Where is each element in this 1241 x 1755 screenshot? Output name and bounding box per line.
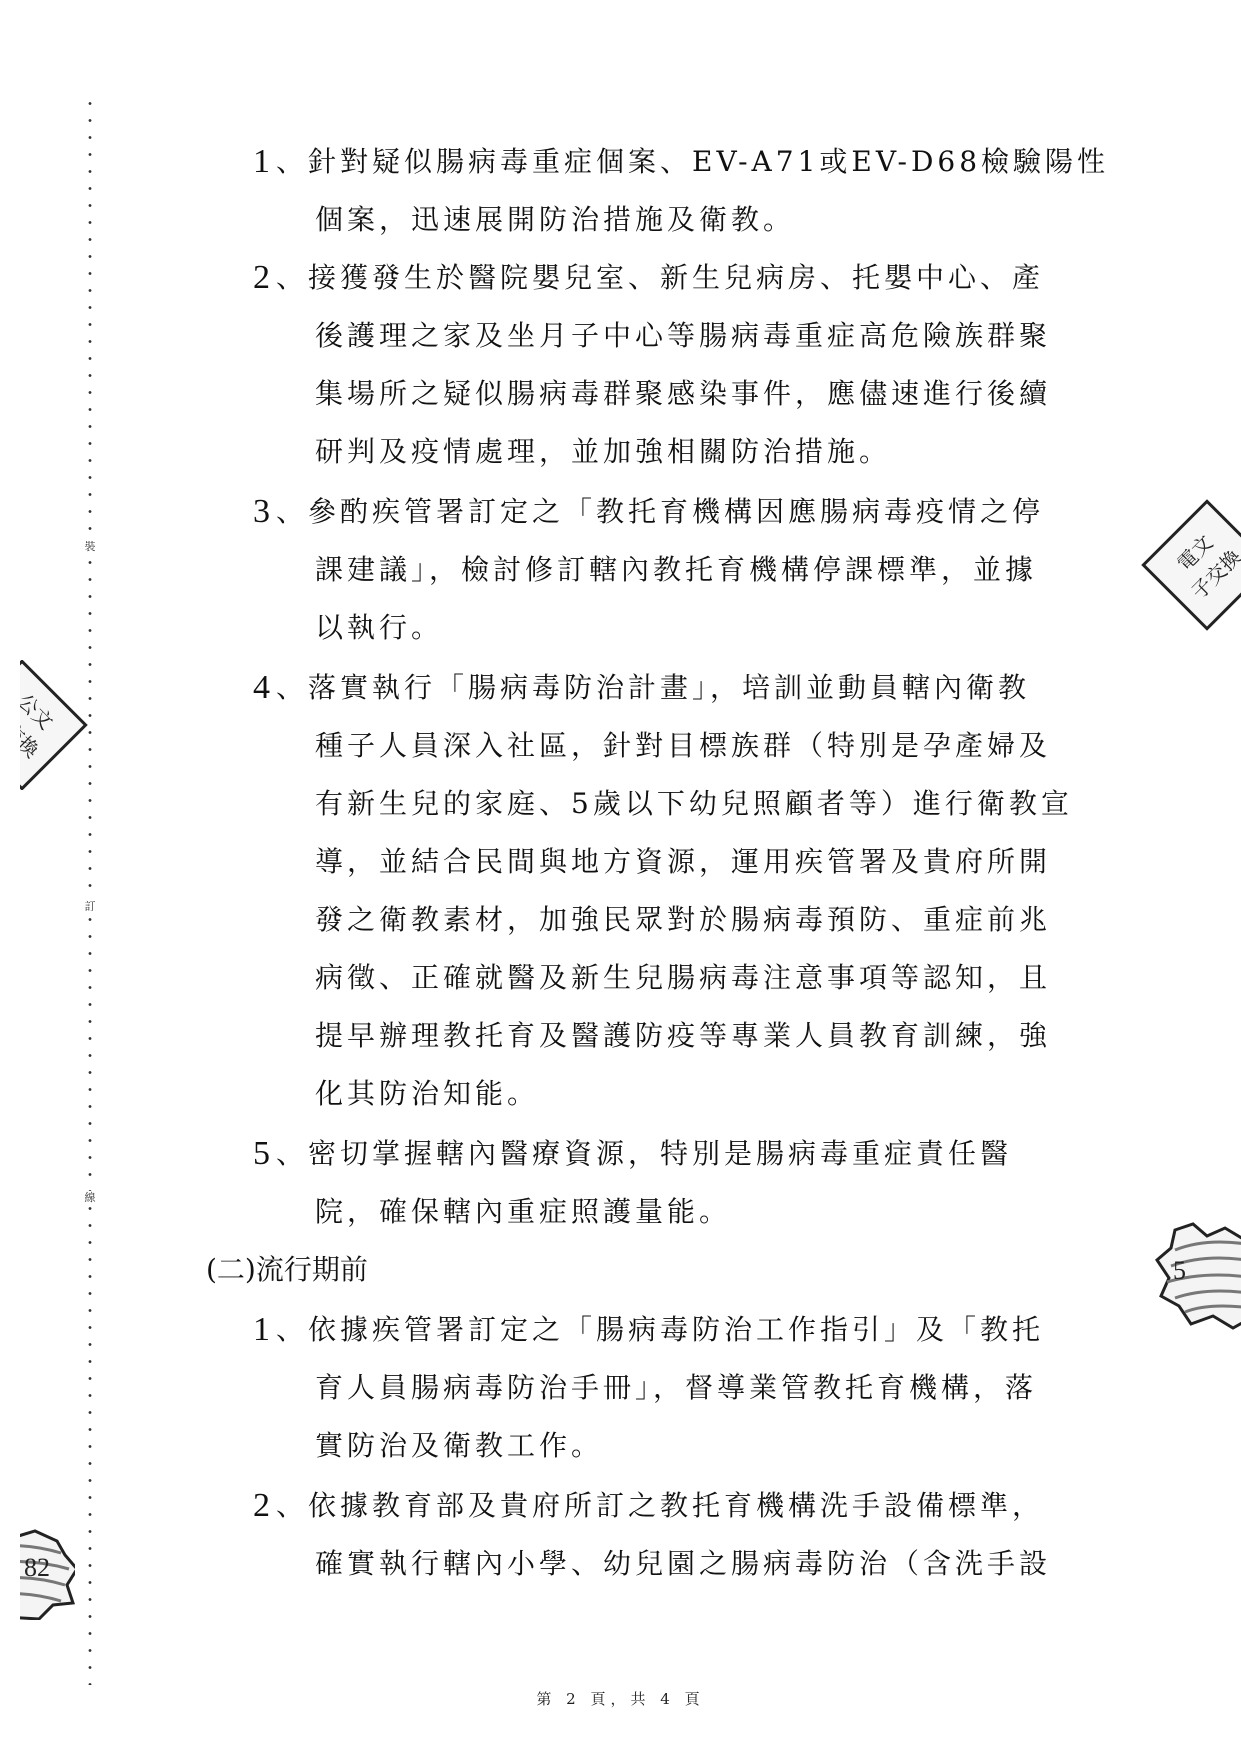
item-text-line: 、依據疾管署訂定之「腸病毒防治工作指引」及「教托 [276,1310,1044,1350]
item-number: 3 [253,492,270,532]
item-number: 4 [253,668,270,708]
item-text-line: 院，確保轄內重症照護量能。 [315,1192,731,1232]
item-text-line: 、落實執行「腸病毒防治計畫」，培訓並動員轄內衛教 [276,668,1030,708]
item-text-line: 、參酌疾管署訂定之「教托育機構因應腸病毒疫情之停 [276,492,1044,532]
item-text-line: 後護理之家及坐月子中心等腸病毒重症高危險族群聚 [315,316,1051,356]
item-text-line: 育人員腸病毒防治手冊」，督導業管教托育機構，落 [315,1368,1037,1408]
binding-dotted-line [88,95,92,1685]
seal-stamp-icon: 公文 子交換 [20,660,90,790]
item-text-line: 課建議」，檢討修訂轄內教托育機構停課標準，並據 [315,550,1037,590]
item-text-line: 實防治及衛教工作。 [315,1426,603,1466]
item-text-line: 確實執行轄內小學、幼兒園之腸病毒防治（含洗手設 [315,1544,1051,1584]
seal-stamp-icon: 電文 子交換 [1132,490,1241,640]
page-badge-icon: 82 [20,1525,75,1620]
item-text-line: 、依據教育部及貴府所訂之教托育機構洗手設備標準， [276,1486,1044,1526]
item-text-line: 提早辦理教托育及醫護防疫等專業人員教育訓練，強 [315,1016,1051,1056]
binding-label-ding: 訂 [82,900,98,914]
item-text-line: 病徵、正確就醫及新生兒腸病毒注意事項等認知，且 [315,958,1051,998]
page-badge-icon: 5 [1155,1220,1241,1330]
item-number: 5 [253,1134,270,1174]
badge-page-number: 5 [1173,1256,1186,1286]
item-text-line: 研判及疫情處理，並加強相關防治措施。 [315,432,891,472]
item-text-line: 導，並結合民間與地方資源，運用疾管署及貴府所開 [315,842,1051,882]
item-text-line: 、針對疑似腸病毒重症個案、EV-A71或EV-D68檢驗陽性 [276,142,1109,182]
item-text-line: 、接獲發生於醫院嬰兒室、新生兒病房、托嬰中心、產 [276,258,1044,298]
item-text-line: 化其防治知能。 [315,1074,539,1114]
page-indicator: 第 2 頁，共 4 頁 [0,1688,1241,1709]
item-number: 2 [253,1486,270,1526]
badge-page-number: 82 [24,1553,50,1583]
binding-label-xian: 線 [82,1191,98,1205]
item-text-line: 種子人員深入社區，針對目標族群（特別是孕產婦及 [315,726,1051,766]
document-page: 裝 訂 線 公文 子交換 電文 子交換 5 82 [0,0,1241,1755]
item-text-line: 個案，迅速展開防治措施及衛教。 [315,200,795,240]
item-number: 1 [253,142,270,182]
item-text-line: 集場所之疑似腸病毒群聚感染事件，應儘速進行後續 [315,374,1051,414]
item-number: 1 [253,1310,270,1350]
item-text-line: 有新生兒的家庭、5歲以下幼兒照顧者等）進行衛教宣 [315,784,1073,824]
binding-label-zhuang: 裝 [82,540,98,554]
item-text-line: 、密切掌握轄內醫療資源，特別是腸病毒重症責任醫 [276,1134,1012,1174]
item-number: 2 [253,258,270,298]
item-text-line: 以執行。 [315,608,443,648]
item-text-line: 發之衛教素材，加強民眾對於腸病毒預防、重症前兆 [315,900,1051,940]
section-heading: (二)流行期前 [206,1250,368,1290]
